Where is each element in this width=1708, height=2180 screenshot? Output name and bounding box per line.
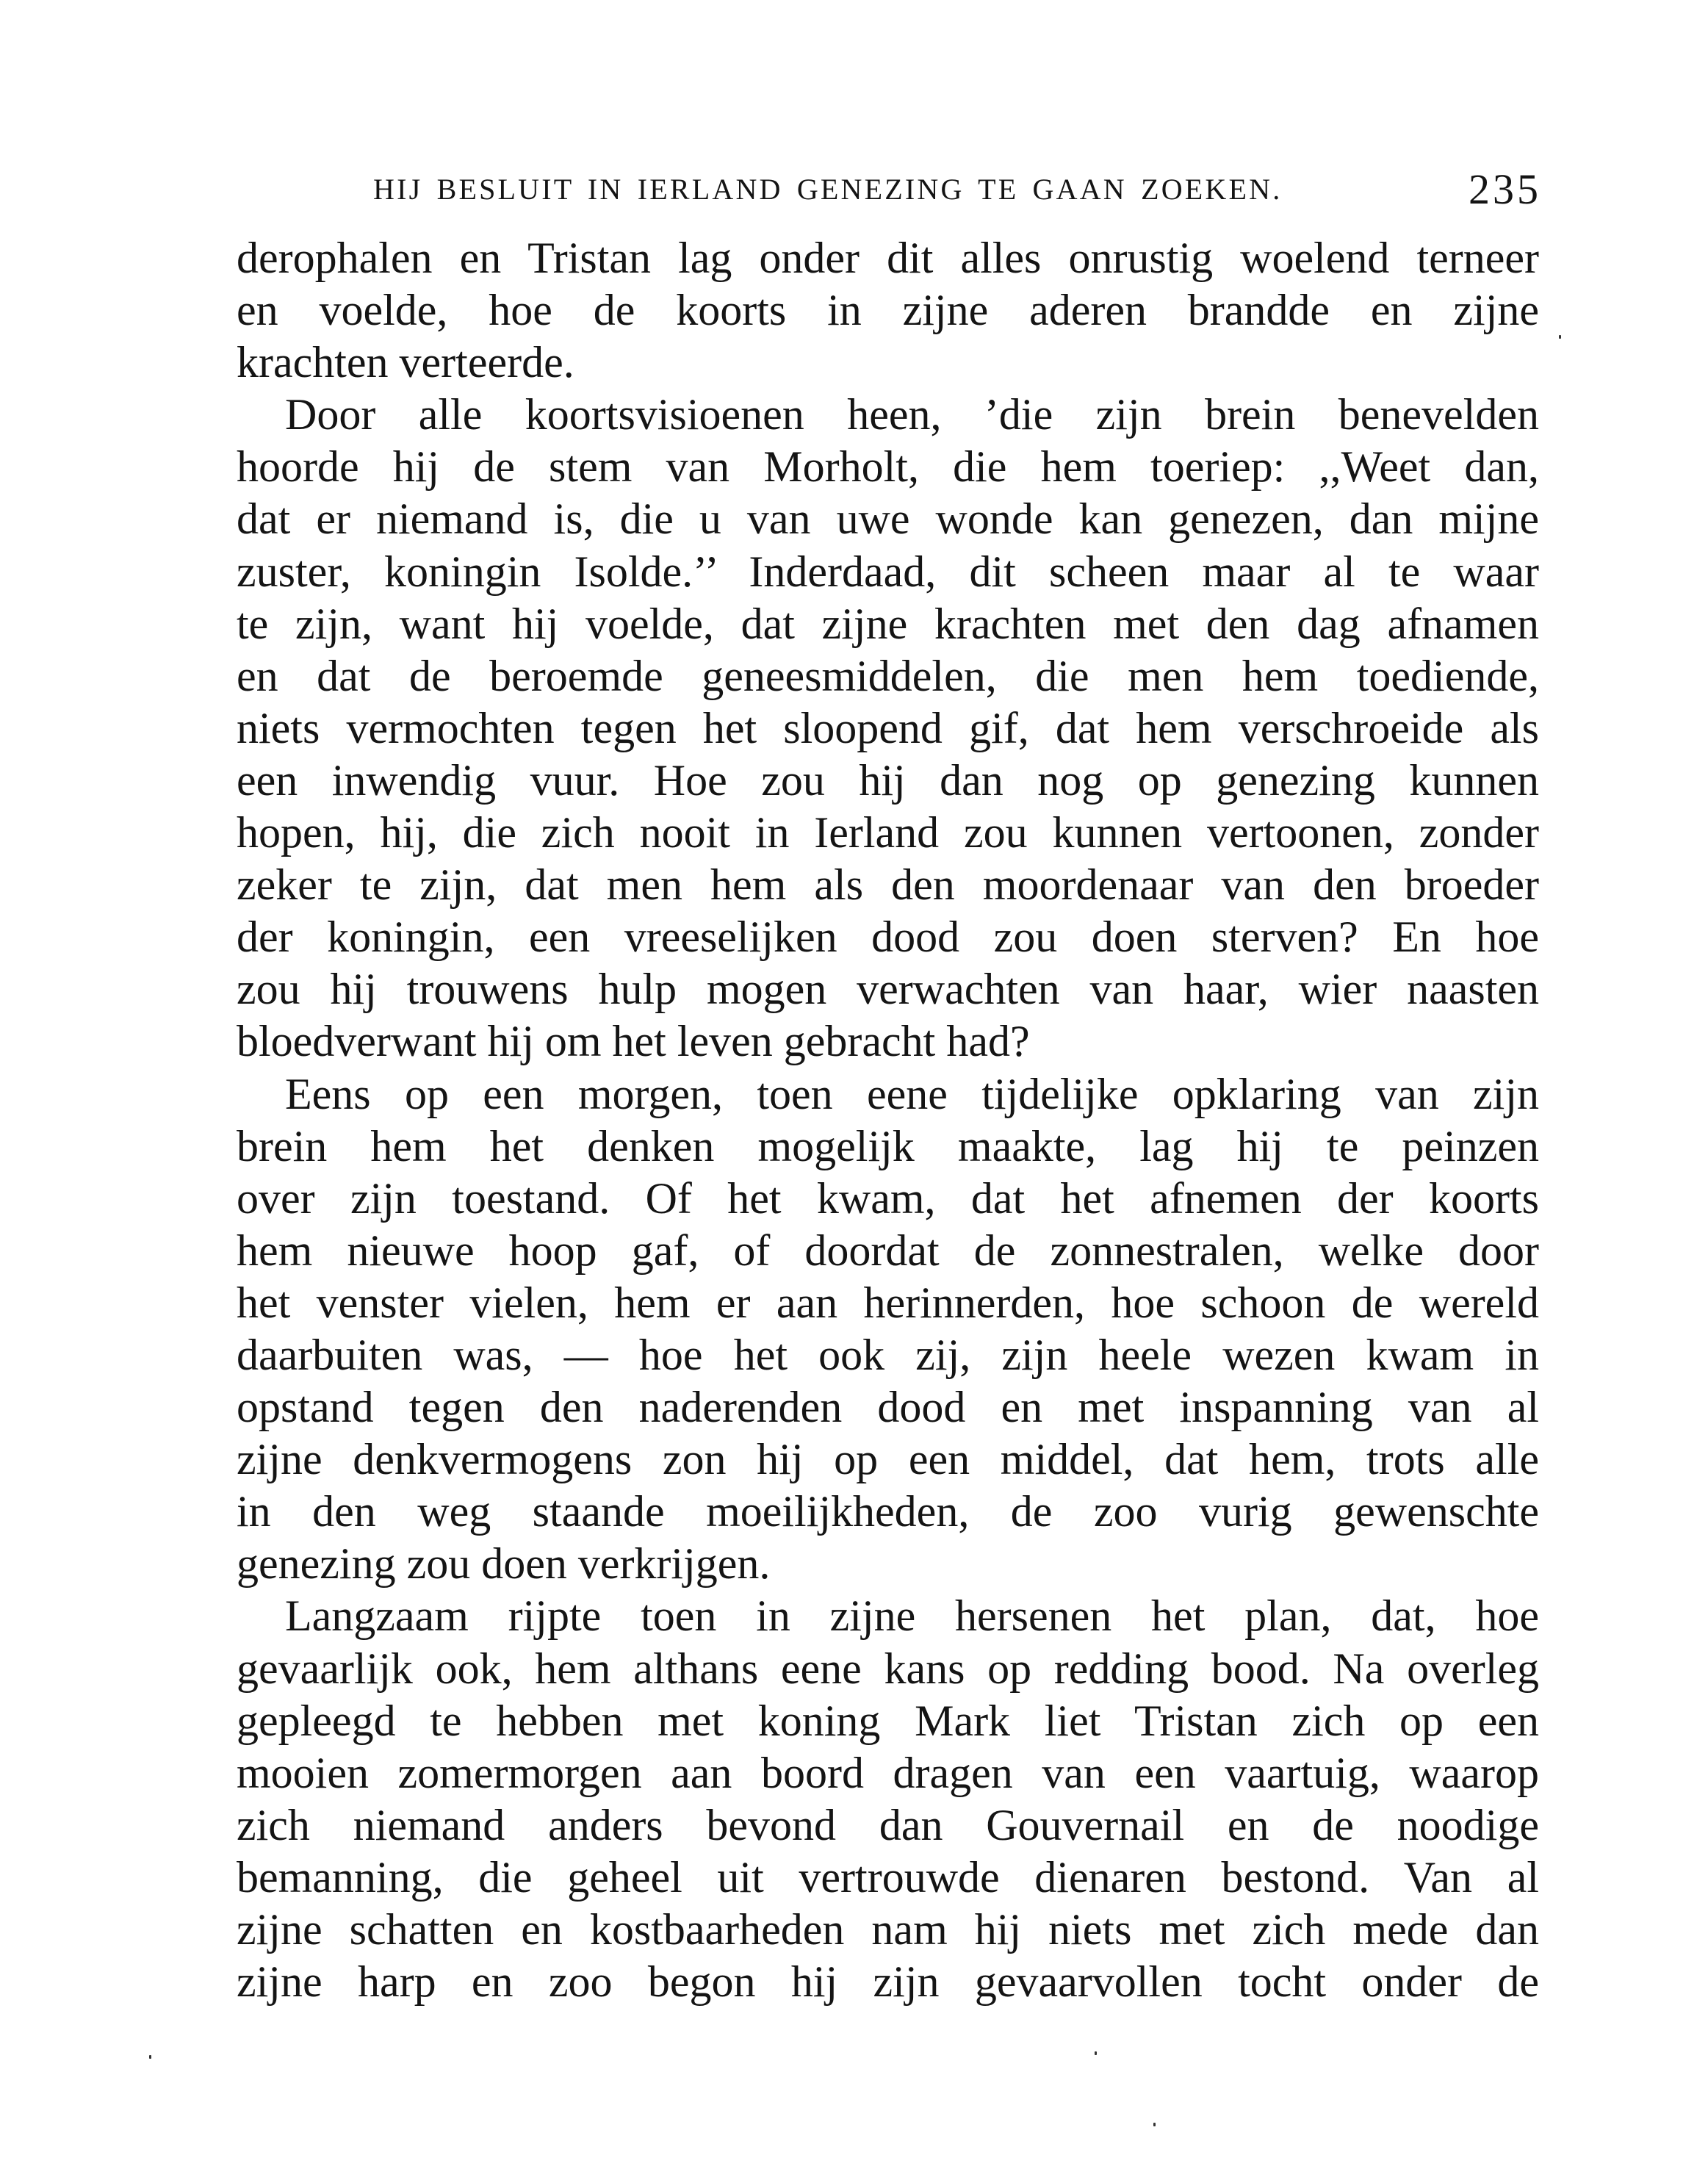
text-line: krachten verteerde. [237,337,1539,389]
text-line: en voelde, hoe de koorts in zijne aderen… [237,284,1539,337]
text-line: zou hij trouwens hulp mogen verwachten v… [237,963,1539,1015]
text-line: der koningin, een vreeselijken dood zou … [237,911,1539,963]
text-line: bemanning, die geheel uit vertrouwde die… [237,1852,1539,1904]
text-line: gepleegd te hebben met koning Mark liet … [237,1695,1539,1747]
text-line: over zijn toestand. Of het kwam, dat het… [237,1173,1539,1225]
text-line: hopen, hij, die zich nooit in Ierland zo… [237,807,1539,859]
text-line: mooien zomermorgen aan boord dragen van … [237,1747,1539,1799]
scan-speck [149,2055,151,2059]
text-line: en dat de beroemde geneesmiddelen, die m… [237,650,1539,702]
running-title: HIJ BESLUIT IN IERLAND GENEZING TE GAAN … [373,172,1282,207]
text-line: Langzaam rijpte toen in zijne hersenen h… [237,1590,1539,1642]
text-line: niets vermochten tegen het sloopend gif,… [237,702,1539,755]
book-page: HIJ BESLUIT IN IERLAND GENEZING TE GAAN … [0,0,1708,2180]
text-line: Door alle koortsvisioenen heen, ’die zij… [237,389,1539,441]
text-line: opstand tegen den naderenden dood en met… [237,1381,1539,1433]
text-line: zich niemand anders bevond dan Gouvernai… [237,1799,1539,1852]
text-line: hoorde hij de stem van Morholt, die hem … [237,441,1539,493]
scan-speck [1095,2051,1097,2055]
scan-speck [1153,2123,1156,2126]
text-line: dat er niemand is, die u van uwe wonde k… [237,493,1539,545]
text-line: hem nieuwe hoop gaf, of doordat de zonne… [237,1225,1539,1277]
text-line: brein hem het denken mogelijk maakte, la… [237,1120,1539,1173]
text-line: daarbuiten was, — hoe het ook zij, zijn … [237,1329,1539,1381]
text-line: zuster, koningin Isolde.’’ Inderdaad, di… [237,546,1539,598]
text-line: zijne harp en zoo begon hij zijn gevaarv… [237,1956,1539,2008]
text-line: bloedverwant hij om het leven gebracht h… [237,1015,1539,1068]
text-line: te zijn, want hij voelde, dat zijne krac… [237,598,1539,650]
text-line: zeker te zijn, dat men hem als den moord… [237,859,1539,911]
text-line: gevaarlijk ook, hem althans eene kans op… [237,1643,1539,1695]
scan-speck [1559,335,1561,339]
text-line: in den weg staande moeilijkheden, de zoo… [237,1486,1539,1538]
text-line: zijne schatten en kostbaarheden nam hij … [237,1904,1539,1956]
text-line: het venster vielen, hem er aan herinnerd… [237,1277,1539,1329]
text-line: derophalen en Tristan lag onder dit alle… [237,232,1539,284]
page-number: 235 [1469,166,1541,213]
text-line: een inwendig vuur. Hoe zou hij dan nog o… [237,755,1539,807]
text-line: genezing zou doen verkrijgen. [237,1538,1539,1590]
text-line: zijne denkvermogens zon hij op een midde… [237,1433,1539,1486]
text-line: Eens op een morgen, toen eene tijdelijke… [237,1068,1539,1120]
body-text: derophalen en Tristan lag onder dit alle… [237,232,1539,2008]
running-head: HIJ BESLUIT IN IERLAND GENEZING TE GAAN … [373,166,1541,217]
